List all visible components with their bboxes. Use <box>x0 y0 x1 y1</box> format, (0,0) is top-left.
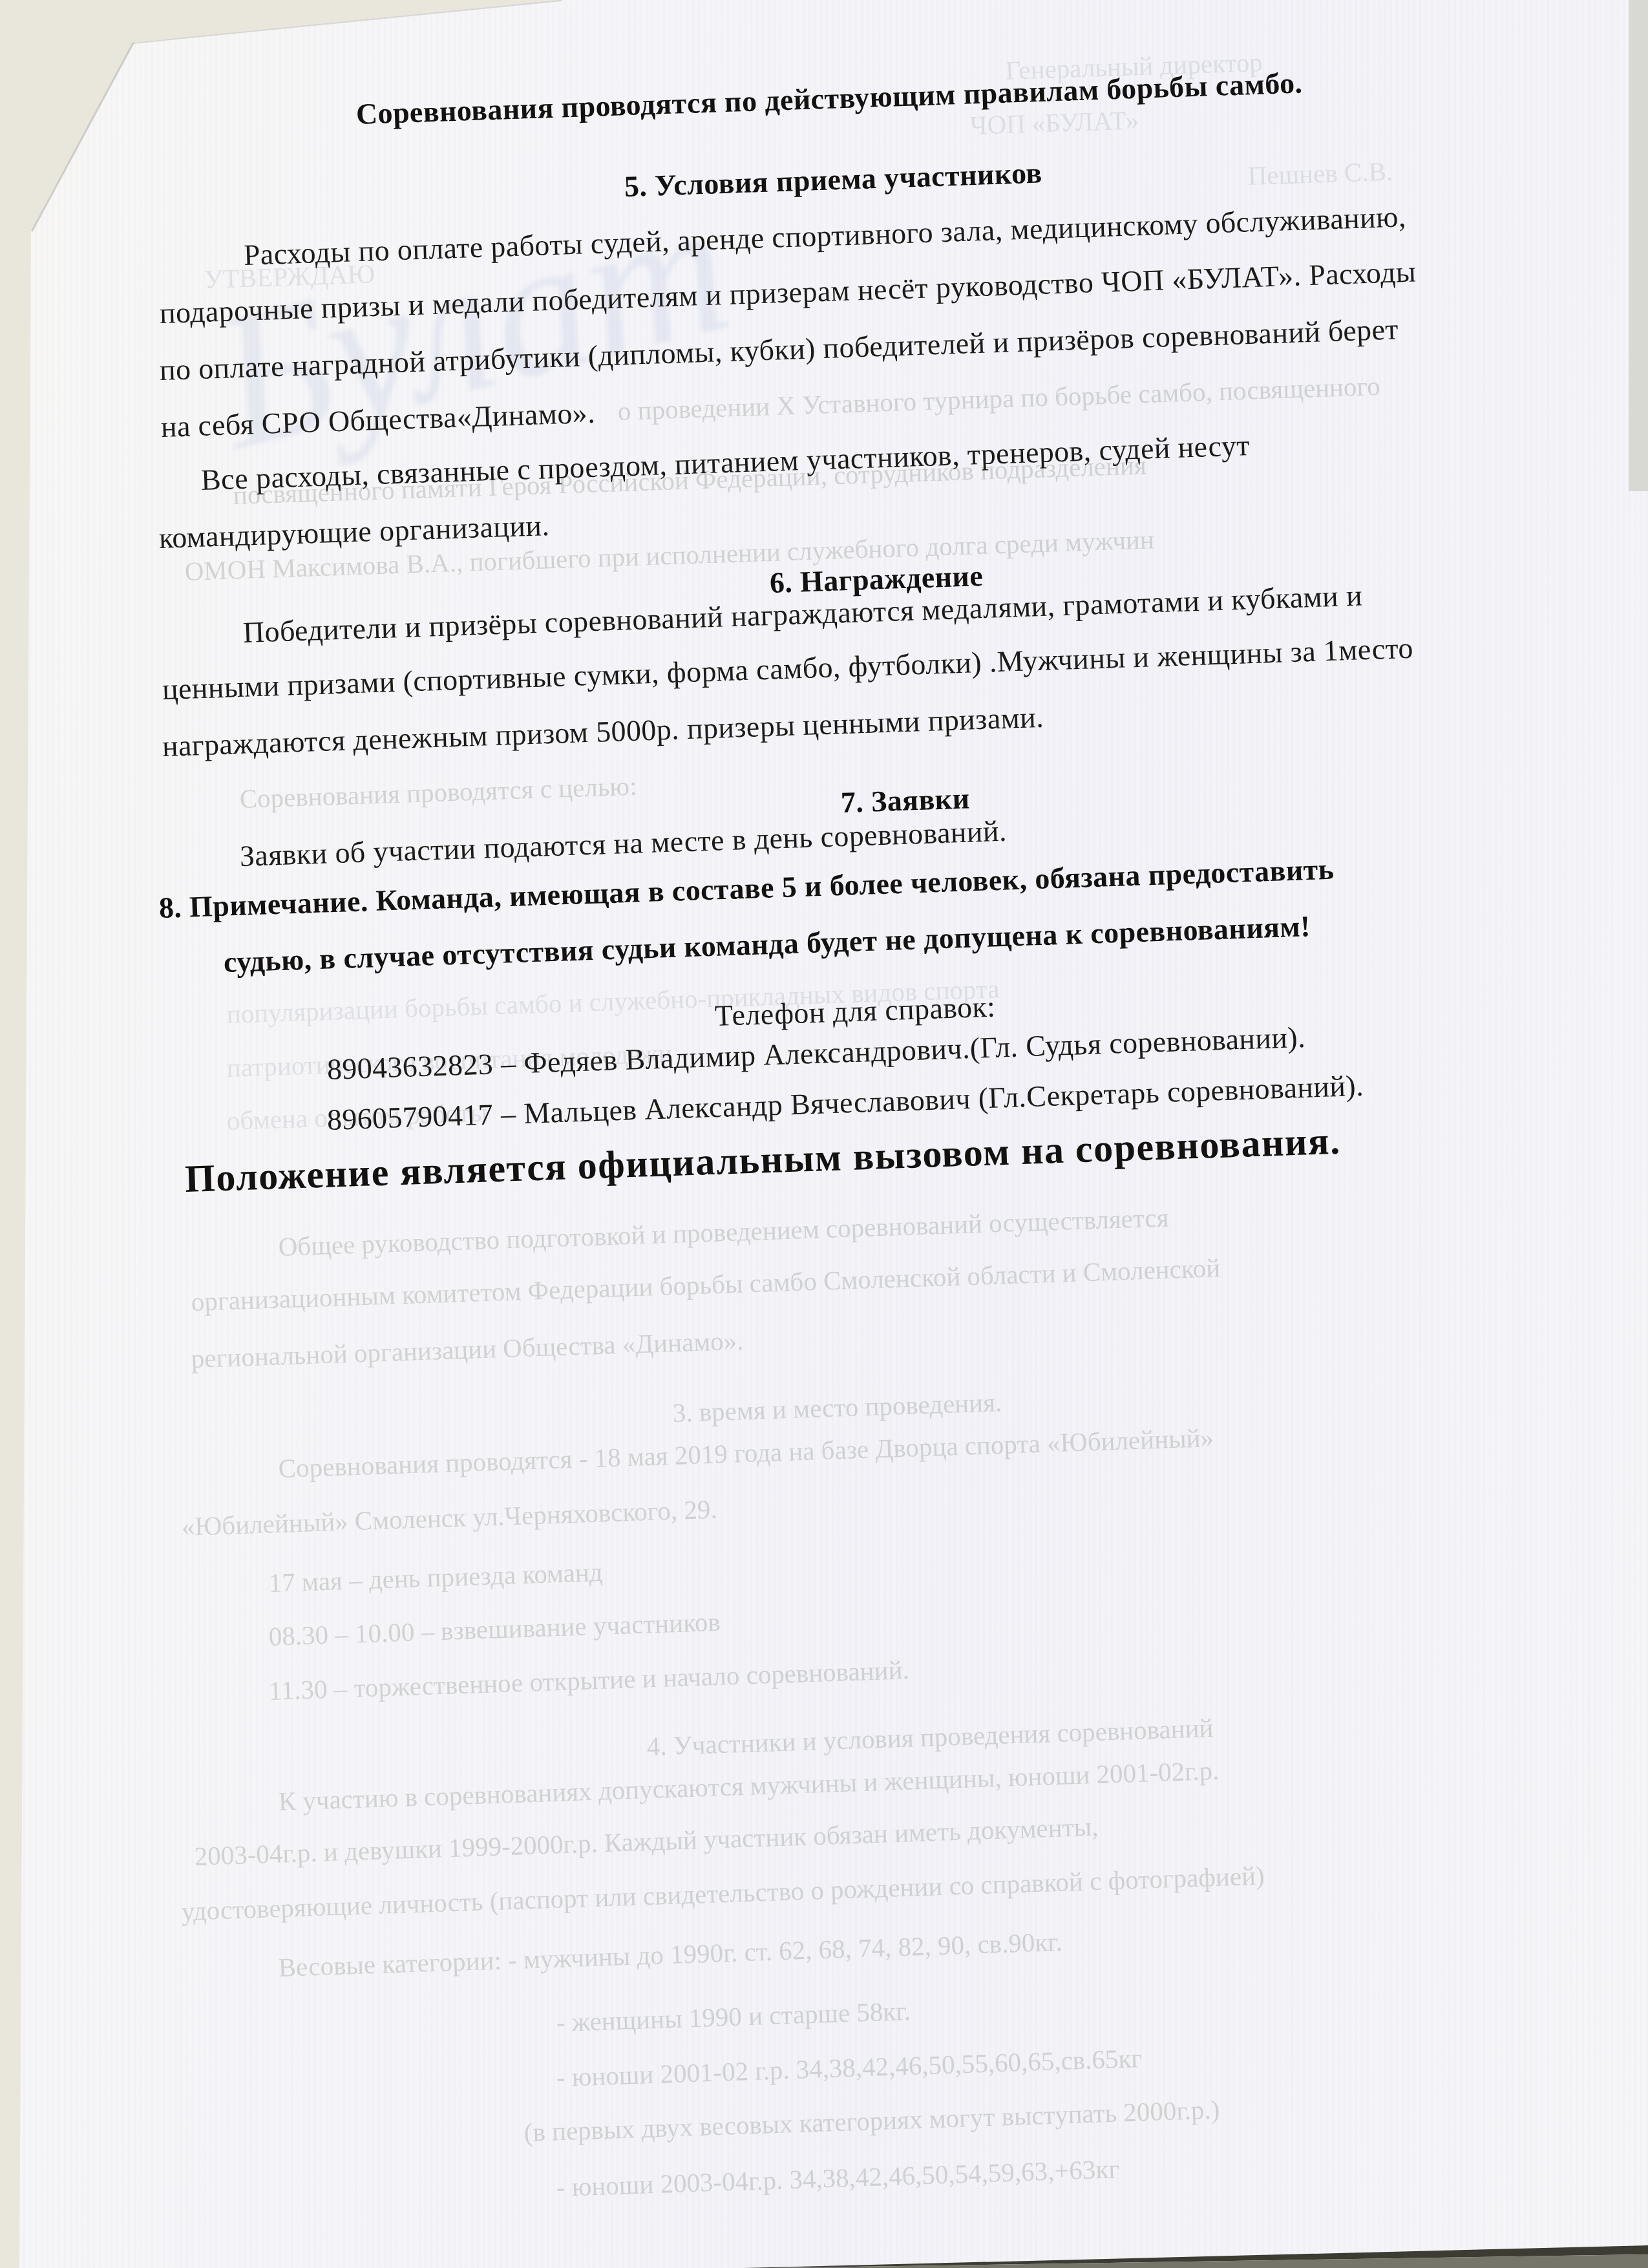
section-7-heading: 7. Заявки <box>840 781 970 820</box>
scanned-document-page: Булат Генеральный директор ЧОП «БУЛАТ» П… <box>0 0 1648 2268</box>
bleedthrough-line: Пешнев С.В. <box>1247 156 1393 191</box>
scanner-bed-right-strip <box>1629 0 1648 491</box>
